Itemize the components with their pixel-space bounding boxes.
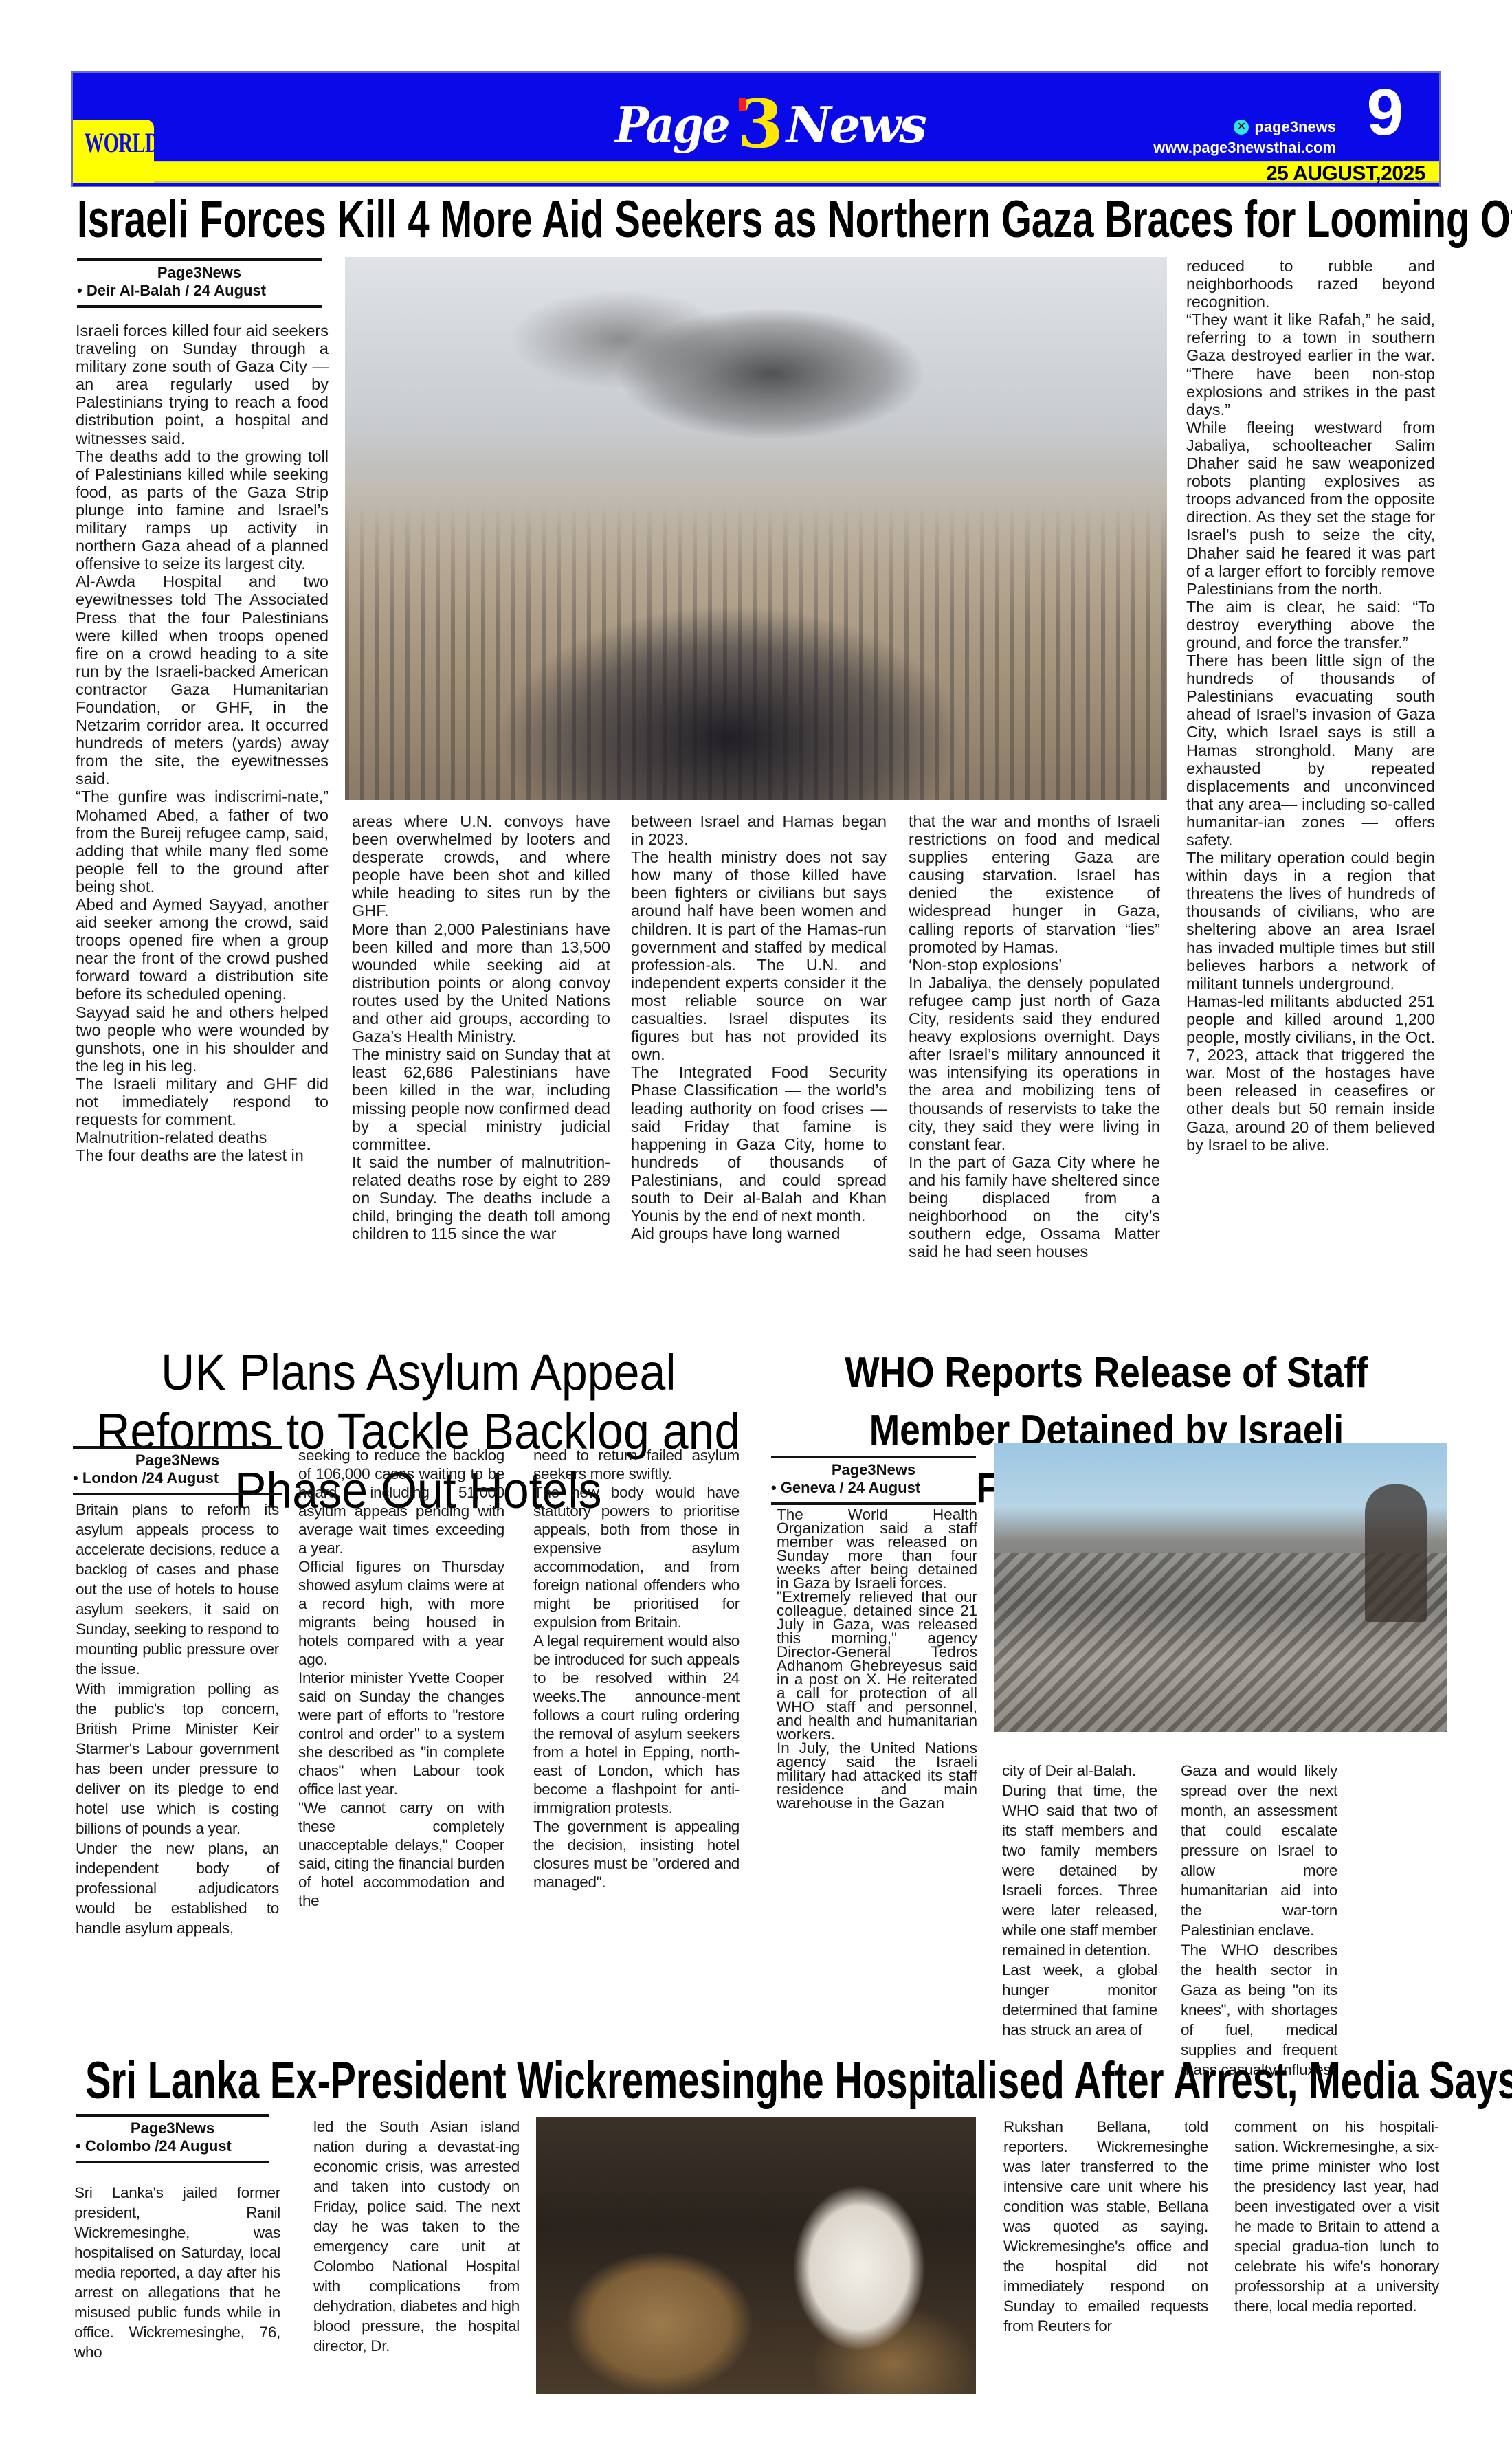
byline-uk: Page3News • London /24 August xyxy=(73,1446,282,1495)
paragraph: During that time, the WHO said that two … xyxy=(1002,1781,1157,1960)
date-band xyxy=(73,161,1439,183)
paragraph: The ministry said on Sunday that at leas… xyxy=(352,1045,610,1153)
paragraph: The Integrated Food Security Phase Class… xyxy=(631,1063,887,1225)
paragraph: city of Deir al-Balah. xyxy=(1002,1761,1157,1781)
paragraph: There has been little sign of the hundre… xyxy=(1186,652,1435,849)
paragraph: Hamas-led militants abducted 251 people … xyxy=(1186,992,1435,1154)
paragraph: The deaths add to the growing toll of Pa… xyxy=(76,447,329,573)
srilanka-column-4: comment on his hospitali-sation. Wickrem… xyxy=(1234,2117,1439,2316)
paragraph: led the South Asian island nation during… xyxy=(313,2117,520,2356)
paragraph: Al-Awda Hospital and two eyewitnesses to… xyxy=(76,572,329,788)
paragraph: While fleeing westward from Jabaliya, sc… xyxy=(1186,419,1435,598)
paragraph: In July, the United Nations agency said … xyxy=(777,1742,977,1810)
byline-agency: Page3News xyxy=(73,1451,282,1469)
paragraph: The World Health Organization said a sta… xyxy=(777,1508,977,1590)
byline-agency: Page3News xyxy=(77,264,322,282)
paragraph: Last week, a global hunger monitor deter… xyxy=(1002,1960,1157,2040)
newspaper-logo: Page 3 News xyxy=(609,85,925,154)
byline-agency: Page3News xyxy=(76,2119,269,2137)
srilanka-column-3: Rukshan Bellana, told reporters. Wickrem… xyxy=(1003,2117,1208,2336)
paragraph: The four deaths are the latest in xyxy=(76,1146,329,1164)
byline-agency: Page3News xyxy=(771,1461,976,1479)
byline-dateline: • Colombo /24 August xyxy=(76,2137,269,2155)
byline-dateline: • Deir Al-Balah / 24 August xyxy=(77,282,322,300)
social-handle-text: page3news xyxy=(1254,118,1336,136)
paragraph: Interior minister Yvette Cooper said on … xyxy=(298,1669,504,1799)
logo-text-news: News xyxy=(786,96,925,154)
paragraph: The aim is clear, he said: “To destroy e… xyxy=(1186,598,1435,652)
paragraph: The government is appealing the decision… xyxy=(533,1817,740,1891)
paragraph: The health ministry does not say how man… xyxy=(631,848,887,1063)
paragraph: The Israeli military and GHF did not imm… xyxy=(76,1075,329,1128)
who-column-3: Gaza and would likely spread over the ne… xyxy=(1181,1761,1337,2080)
gaza-column-1: Israeli forces killed four aid seekers t… xyxy=(76,322,329,1164)
paragraph: Under the new plans, an independent body… xyxy=(76,1838,279,1938)
gaza-crowd-photo xyxy=(345,257,1167,800)
paragraph: comment on his hospitali-sation. Wickrem… xyxy=(1234,2117,1439,2316)
social-handle[interactable]: ✕ page3news xyxy=(1234,118,1336,136)
paragraph: Sri Lanka's jailed former president, Ran… xyxy=(74,2183,280,2362)
byline-srilanka: Page3News • Colombo /24 August xyxy=(76,2114,269,2163)
byline-gaza: Page3News • Deir Al-Balah / 24 August xyxy=(77,258,322,308)
paragraph: Gaza and would likely spread over the ne… xyxy=(1181,1761,1337,1940)
paragraph: It said the number of malnutrition-relat… xyxy=(352,1153,610,1243)
paragraph: “The gunfire was indiscrimi-nate,” Moham… xyxy=(76,788,329,895)
gaza-column-4: that the war and months of Israeli restr… xyxy=(909,812,1160,1260)
paragraph: Abed and Aymed Sayyad, another aid seeke… xyxy=(76,895,329,1003)
paragraph: Israeli forces killed four aid seekers t… xyxy=(76,322,329,447)
uk-column-1: Britain plans to reform its asylum appea… xyxy=(76,1500,279,1938)
police-escort-photo xyxy=(536,2117,976,2394)
subheading: Malnutrition-related deaths xyxy=(76,1128,329,1146)
paragraph: areas where U.N. convoys have been overw… xyxy=(352,812,610,920)
paragraph: “They want it like Rafah,” he said, refe… xyxy=(1186,311,1435,419)
byline-who: Page3News • Geneva / 24 August xyxy=(771,1456,976,1505)
byline-dateline: • London /24 August xyxy=(73,1469,282,1487)
paragraph: seeking to reduce the backlog of 106,000… xyxy=(298,1446,504,1557)
paragraph: that the war and months of Israeli restr… xyxy=(909,812,1160,956)
page-number: 9 xyxy=(1367,80,1403,146)
gaza-column-5: reduced to rubble and neighborhoods raze… xyxy=(1186,257,1435,1154)
uk-column-3: need to return failed asylum seekers mor… xyxy=(533,1446,740,1891)
paragraph: Official figures on Thursday showed asyl… xyxy=(298,1557,504,1669)
destroyed-buildings-photo xyxy=(994,1443,1447,1732)
paragraph: "We cannot carry on with these completel… xyxy=(298,1799,504,1910)
paragraph: In Jabaliya, the densely populated refug… xyxy=(909,974,1160,1153)
logo-text-page: Page xyxy=(615,96,729,154)
gaza-column-3: between Israel and Hamas began in 2023. … xyxy=(631,812,887,1243)
paragraph: Sayyad said he and others helped two peo… xyxy=(76,1003,329,1075)
uk-column-2: seeking to reduce the backlog of 106,000… xyxy=(298,1446,504,1910)
gaza-column-2: areas where U.N. convoys have been overw… xyxy=(352,812,610,1243)
srilanka-column-1: Sri Lanka's jailed former president, Ran… xyxy=(74,2183,280,2362)
who-column-1: The World Health Organization said a sta… xyxy=(777,1508,977,1810)
paragraph: More than 2,000 Palestinians have been k… xyxy=(352,920,610,1046)
paragraph: reduced to rubble and neighborhoods raze… xyxy=(1186,257,1435,311)
subheading: ‘Non-stop explosions’ xyxy=(909,956,1160,974)
paragraph: need to return failed asylum seekers mor… xyxy=(533,1446,740,1483)
headline-srilanka: Sri Lanka Ex-President Wickremesinghe Ho… xyxy=(85,2055,1512,2107)
issue-date: 25 AUGUST,2025 xyxy=(1266,162,1425,186)
x-icon: ✕ xyxy=(1234,120,1249,135)
logo-text-three: 3 xyxy=(737,95,783,154)
paragraph: between Israel and Hamas began in 2023. xyxy=(631,812,887,848)
paragraph: The new body would have statutory powers… xyxy=(533,1483,740,1632)
paragraph: The military operation could begin withi… xyxy=(1186,849,1435,992)
paragraph: "Extremely relieved that our colleague, … xyxy=(777,1590,977,1742)
masthead: WORLD Page 3 News ✕ page3news www.page3n… xyxy=(71,71,1441,187)
section-label: WORLD xyxy=(85,126,143,159)
paragraph: Aid groups have long warned xyxy=(631,1225,887,1243)
paragraph: Rukshan Bellana, told reporters. Wickrem… xyxy=(1003,2117,1208,2336)
paragraph: A legal requirement would also be introd… xyxy=(533,1632,740,1817)
paragraph: Britain plans to reform its asylum appea… xyxy=(76,1500,279,1679)
website-link[interactable]: www.page3newsthai.com xyxy=(1153,139,1336,157)
headline-gaza: Israeli Forces Kill 4 More Aid Seekers a… xyxy=(77,194,1512,246)
byline-dateline: • Geneva / 24 August xyxy=(771,1479,976,1497)
who-column-2: city of Deir al-Balah. During that time,… xyxy=(1002,1761,1157,2040)
srilanka-column-2: led the South Asian island nation during… xyxy=(313,2117,520,2356)
paragraph: With immigration polling as the public's… xyxy=(76,1679,279,1838)
paragraph: In the part of Gaza City where he and hi… xyxy=(909,1153,1160,1261)
